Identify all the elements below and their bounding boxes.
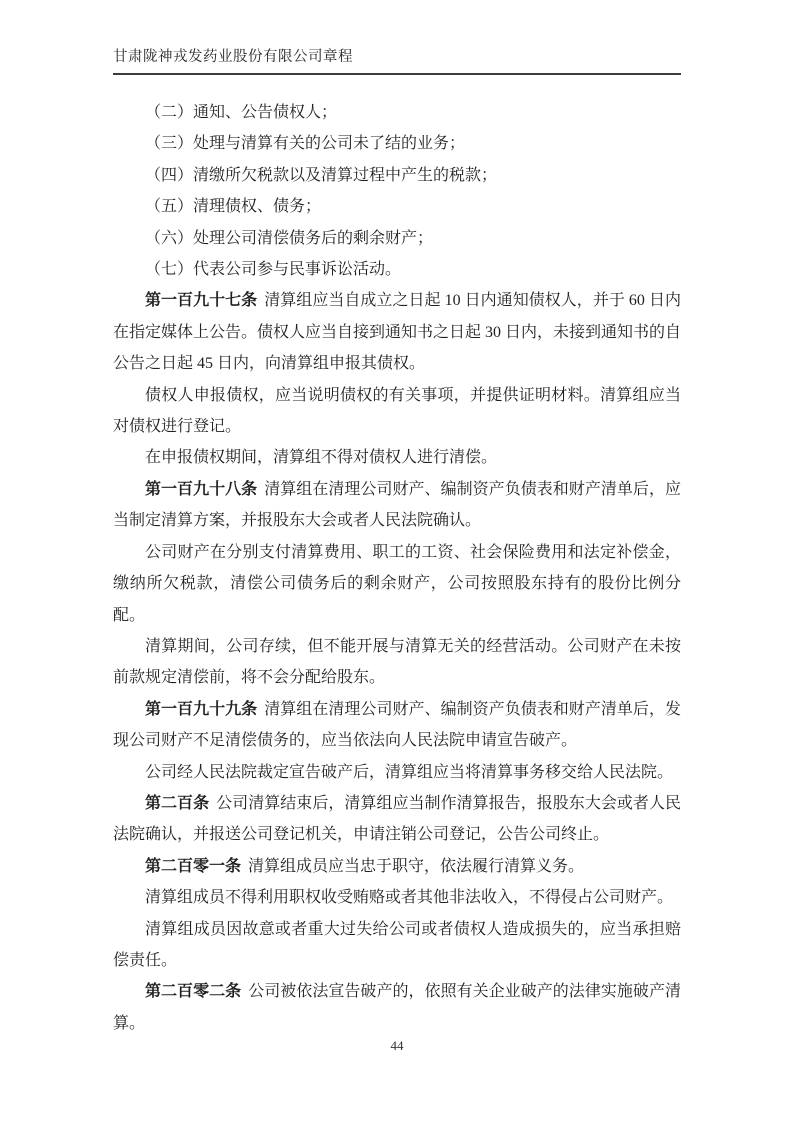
page-header: 甘肃陇神戎发药业股份有限公司章程 (113, 48, 681, 75)
article-paragraph: 第二百零一条 清算组成员应当忠于职守，依法履行清算义务。 (113, 851, 681, 882)
paragraph: （六）处理公司清偿债务后的剩余财产； (113, 223, 681, 254)
article-paragraph: 第二百条 公司清算结束后，清算组应当制作清算报告，报股东大会或者人民法院确认，并… (113, 788, 681, 851)
document-page: 甘肃陇神戎发药业股份有限公司章程 （二）通知、公告债权人；（三）处理与清算有关的… (0, 0, 794, 1122)
article-number: 第二百零二条 (145, 983, 241, 1000)
article-number: 第二百零一条 (145, 858, 241, 875)
paragraph: 清算组成员不得利用职权收受贿赂或者其他非法收入，不得侵占公司财产。 (113, 882, 681, 913)
paragraph: 清算期间，公司存续，但不能开展与清算无关的经营活动。公司财产在未按前款规定清偿前… (113, 631, 681, 694)
paragraph: （二）通知、公告债权人； (113, 97, 681, 128)
document-body: （二）通知、公告债权人；（三）处理与清算有关的公司未了结的业务；（四）清缴所欠税… (113, 97, 681, 1039)
paragraph: 公司财产在分别支付清算费用、职工的工资、社会保险费用和法定补偿金，缴纳所欠税款，… (113, 537, 681, 631)
paragraph: （七）代表公司参与民事诉讼活动。 (113, 254, 681, 285)
article-number: 第一百九十七条 (145, 292, 257, 309)
paragraph: 清算组成员因故意或者重大过失给公司或者债权人造成损失的，应当承担赔偿责任。 (113, 914, 681, 977)
article-number: 第二百条 (145, 795, 209, 812)
paragraph: （五）清理债权、债务； (113, 191, 681, 222)
page-footer: 44 (0, 1038, 794, 1054)
article-number: 第一百九十八条 (145, 481, 257, 498)
article-number: 第一百九十九条 (145, 701, 257, 718)
header-title: 甘肃陇神戎发药业股份有限公司章程 (113, 48, 681, 66)
paragraph: 公司经人民法院裁定宣告破产后，清算组应当将清算事务移交给人民法院。 (113, 757, 681, 788)
page-number: 44 (391, 1038, 404, 1053)
paragraph: 债权人申报债权，应当说明债权的有关事项，并提供证明材料。清算组应当对债权进行登记… (113, 380, 681, 443)
paragraph: （三）处理与清算有关的公司未了结的业务； (113, 128, 681, 159)
paragraph: （四）清缴所欠税款以及清算过程中产生的税款； (113, 160, 681, 191)
article-paragraph: 第一百九十八条 清算组在清理公司财产、编制资产负债表和财产清单后，应当制定清算方… (113, 474, 681, 537)
article-paragraph: 第一百九十七条 清算组应当自成立之日起 10 日内通知债权人，并于 60 日内在… (113, 285, 681, 379)
article-paragraph: 第二百零二条 公司被依法宣告破产的，依照有关企业破产的法律实施破产清算。 (113, 976, 681, 1039)
article-paragraph: 第一百九十九条 清算组在清理公司财产、编制资产负债表和财产清单后，发现公司财产不… (113, 694, 681, 757)
paragraph: 在申报债权期间，清算组不得对债权人进行清偿。 (113, 442, 681, 473)
